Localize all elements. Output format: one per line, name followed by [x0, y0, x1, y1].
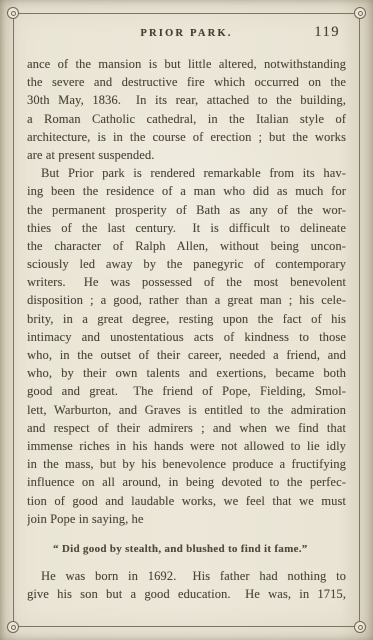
text-line: are at present suspended. — [27, 146, 346, 164]
text-line: intimacy and unostentatious acts of kind… — [27, 328, 346, 346]
corner-ring-ornament-icon — [354, 7, 366, 19]
text-line: give his son but a good education. He wa… — [27, 585, 346, 603]
text-line: tion of good and laudable works, we feel… — [27, 492, 346, 510]
header-title: PRIOR PARK. — [27, 28, 346, 39]
text-line: writers. He was possessed of the most be… — [27, 273, 346, 291]
text-line: join Pope in saying, he — [27, 510, 346, 528]
text-line: the severe and destructive fire which oc… — [27, 73, 346, 91]
text-line: the character of Ralph Allen, without be… — [27, 237, 346, 255]
text-line: in the mass, but by his benevolence prod… — [27, 455, 346, 473]
text-line: He was born in 1692. His father had noth… — [27, 567, 346, 585]
text-line: lett, Warburton, and Graves is entitled … — [27, 401, 346, 419]
text-line: brity, in a great degree, resting upon t… — [27, 310, 346, 328]
text-line: “ Did good by stealth, and blushed to fi… — [27, 541, 346, 558]
corner-ring-ornament-icon — [7, 7, 19, 19]
text-line: But Prior park is rendered remarkable fr… — [27, 164, 346, 182]
text-line: the permanent prosperity of Bath as any … — [27, 201, 346, 219]
text-line: who, in the outset of their career, need… — [27, 346, 346, 364]
text-line: a Roman Catholic cathedral, in the Itali… — [27, 110, 346, 128]
text-line: 30th May, 1836. In its rear, attached to… — [27, 91, 346, 109]
text-line: good and great. The friend of Pope, Fiel… — [27, 382, 346, 400]
text-line: and respect of their admirers ; and when… — [27, 419, 346, 437]
body-paragraph: ance of the mansion is but little altere… — [27, 55, 346, 164]
page-number: 119 — [314, 24, 340, 41]
text-line: ing been the residence of a man who did … — [27, 182, 346, 200]
text-line: thies of the last century. It is difficu… — [27, 219, 346, 237]
corner-ring-ornament-icon — [7, 621, 19, 633]
corner-ring-ornament-icon — [354, 621, 366, 633]
text-line: disposition ; a good, rather than a grea… — [27, 291, 346, 309]
scanned-book-page: { "colors": { "paper": "#ece7d8", "paper… — [0, 0, 373, 640]
running-header: PRIOR PARK. 119 — [27, 28, 346, 46]
text-line: sciously led away by the panegyric of co… — [27, 255, 346, 273]
text-line: architecture, is in the course of erecti… — [27, 128, 346, 146]
quote-paragraph: “ Did good by stealth, and blushed to fi… — [27, 541, 346, 558]
text-line: immense riches in his hands were not all… — [27, 437, 346, 455]
text-line: ance of the mansion is but little altere… — [27, 55, 346, 73]
body-paragraph: He was born in 1692. His father had noth… — [27, 567, 346, 603]
page-body: ance of the mansion is but little altere… — [27, 55, 346, 603]
text-line: who, by their own talents and exertions,… — [27, 364, 346, 382]
text-line: influence on all around, in being devote… — [27, 473, 346, 491]
body-paragraph: But Prior park is rendered remarkable fr… — [27, 164, 346, 528]
